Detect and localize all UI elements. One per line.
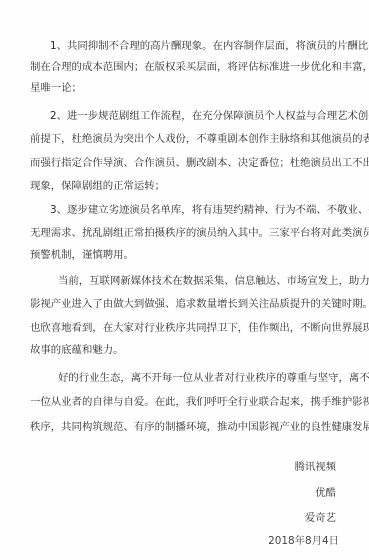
paragraph-1-line-3: 星唯一论； (30, 81, 82, 95)
paragraph-2-line-3: 而强行指定合作导演、合作演员、删改剧本、决定番位；杜绝演员出工不出力的 (30, 156, 369, 170)
paragraph-3-line-2: 无理需求、扰乱剧组正常拍摄秩序的演员纳入其中。三家平台将对此类演员实行 (30, 226, 369, 240)
paragraph-4-line-4: 故事的底蕴和魅力。 (30, 343, 124, 357)
document-page: 1、共同抑制不合理的高片酬现象。在内容制作层面，将演员的片酬比例控 制在合理的成… (0, 0, 369, 560)
paragraph-1-line-1: 1、共同抑制不合理的高片酬现象。在内容制作层面，将演员的片酬比例控 (50, 39, 369, 53)
paragraph-2-line-1: 2、进一步规范剧组工作流程，在充分保障演员个人权益与合理艺术创作的 (50, 109, 369, 123)
paragraph-2-line-4: 现象，保障剧组的正常运转； (30, 179, 165, 193)
paragraph-5-line-2: 一位从业者的自律与自爱。在此，我们呼吁全行业联合起来，携手维护影视生态 (30, 395, 369, 409)
signatory-tencent-video: 腾讯视频 (294, 460, 336, 474)
paragraph-5-line-1: 好的行业生态，离不开每一位从业者对行业秩序的尊重与坚守，离不开每 (58, 371, 369, 385)
paragraph-3-line-1: 3、逐步建立劣迹演员名单库，将有违契约精神、行为不端、不敬业、提出 (50, 203, 369, 217)
paragraph-4-line-1: 当前，互联网新媒体技术在数据采集、信息触达、市场宣发上，助力中国 (58, 274, 369, 288)
signatory-iqiyi: 爱奇艺 (305, 511, 336, 525)
paragraph-4-line-2: 影视产业进入了由做大到做强、追求数量增长到关注品质提升的关键时期。我们 (30, 297, 369, 311)
paragraph-4-line-3: 也欣喜地看到，在大家对行业秩序共同捍卫下，佳作频出，不断向世界展现中国 (30, 321, 369, 335)
document-date: 2018年8月4日 (268, 534, 339, 548)
paragraph-2-line-2: 前提下，杜绝演员为突出个人戏份，不尊重剧本创作主脉络和其他演员的表演， (30, 132, 369, 146)
paragraph-5-line-3: 秩序，共同构筑规范、有序的制播环境，推动中国影视产业的良性健康发展。 (30, 420, 369, 434)
paragraph-1-line-2: 制在合理的成本范围内；在版权采买层面，将评估标准进一步优化和丰富，不明 (30, 60, 369, 74)
paragraph-3-line-3: 预警机制，谨慎聘用。 (30, 248, 134, 262)
signatory-youku: 优酷 (315, 486, 336, 500)
